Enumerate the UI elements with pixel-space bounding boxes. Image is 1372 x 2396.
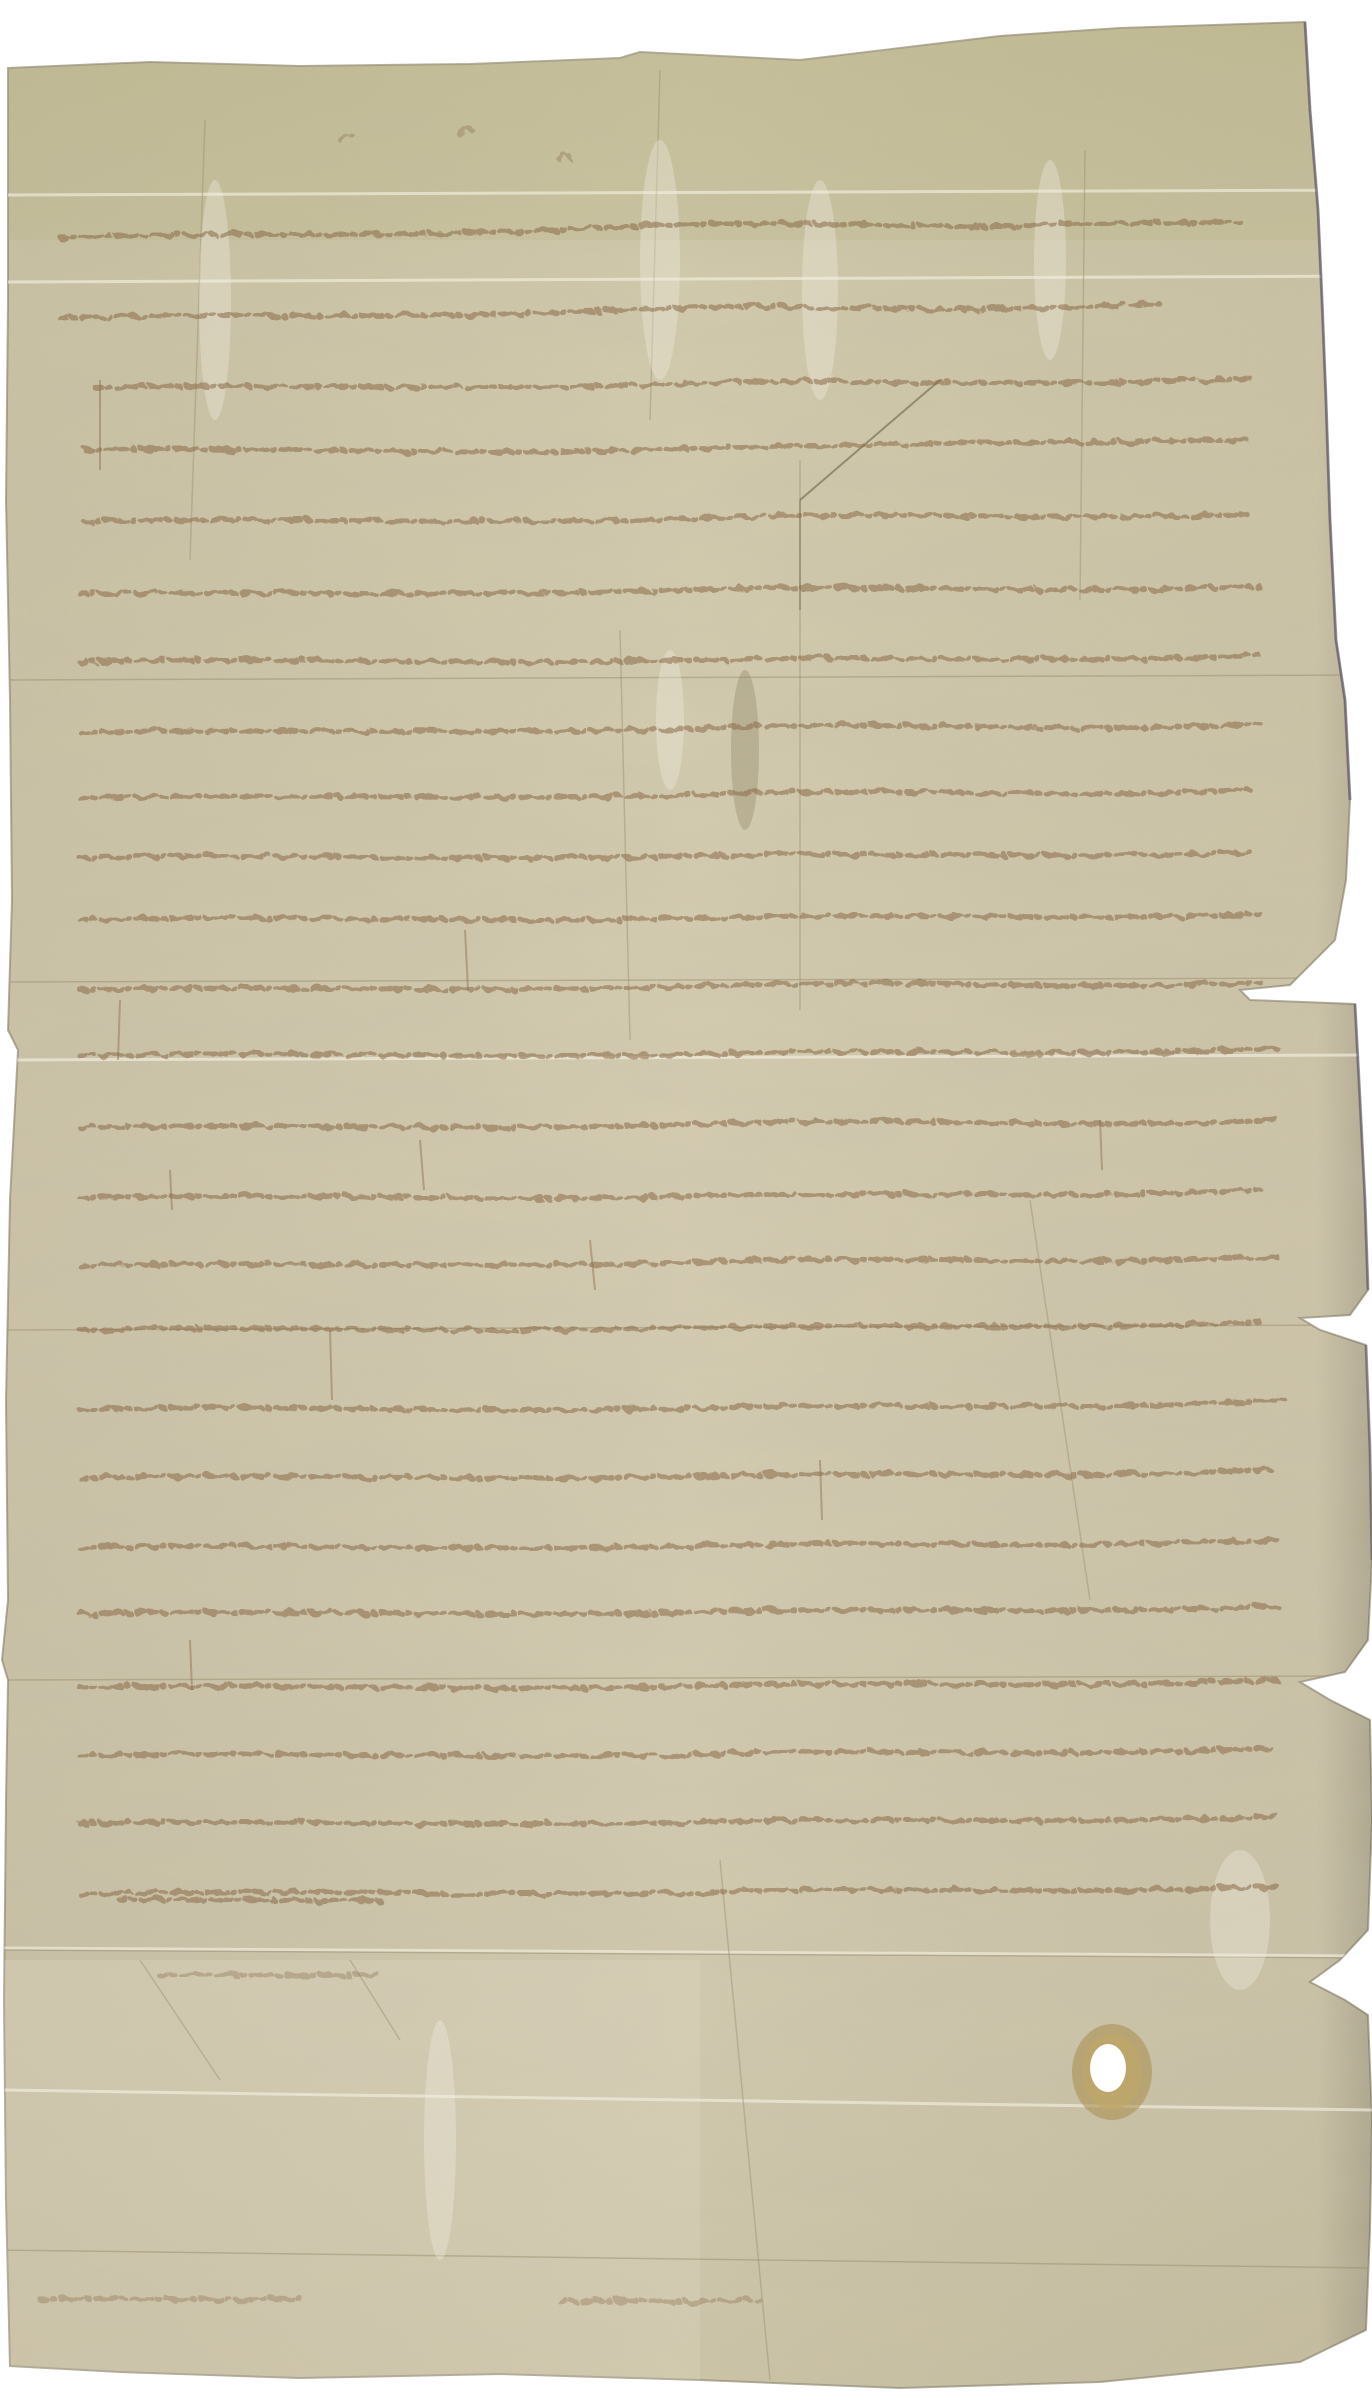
papyrus-hole bbox=[1072, 2024, 1152, 2120]
papyrus-document: Damaged papyrus sheet with approximately… bbox=[0, 0, 1372, 2396]
